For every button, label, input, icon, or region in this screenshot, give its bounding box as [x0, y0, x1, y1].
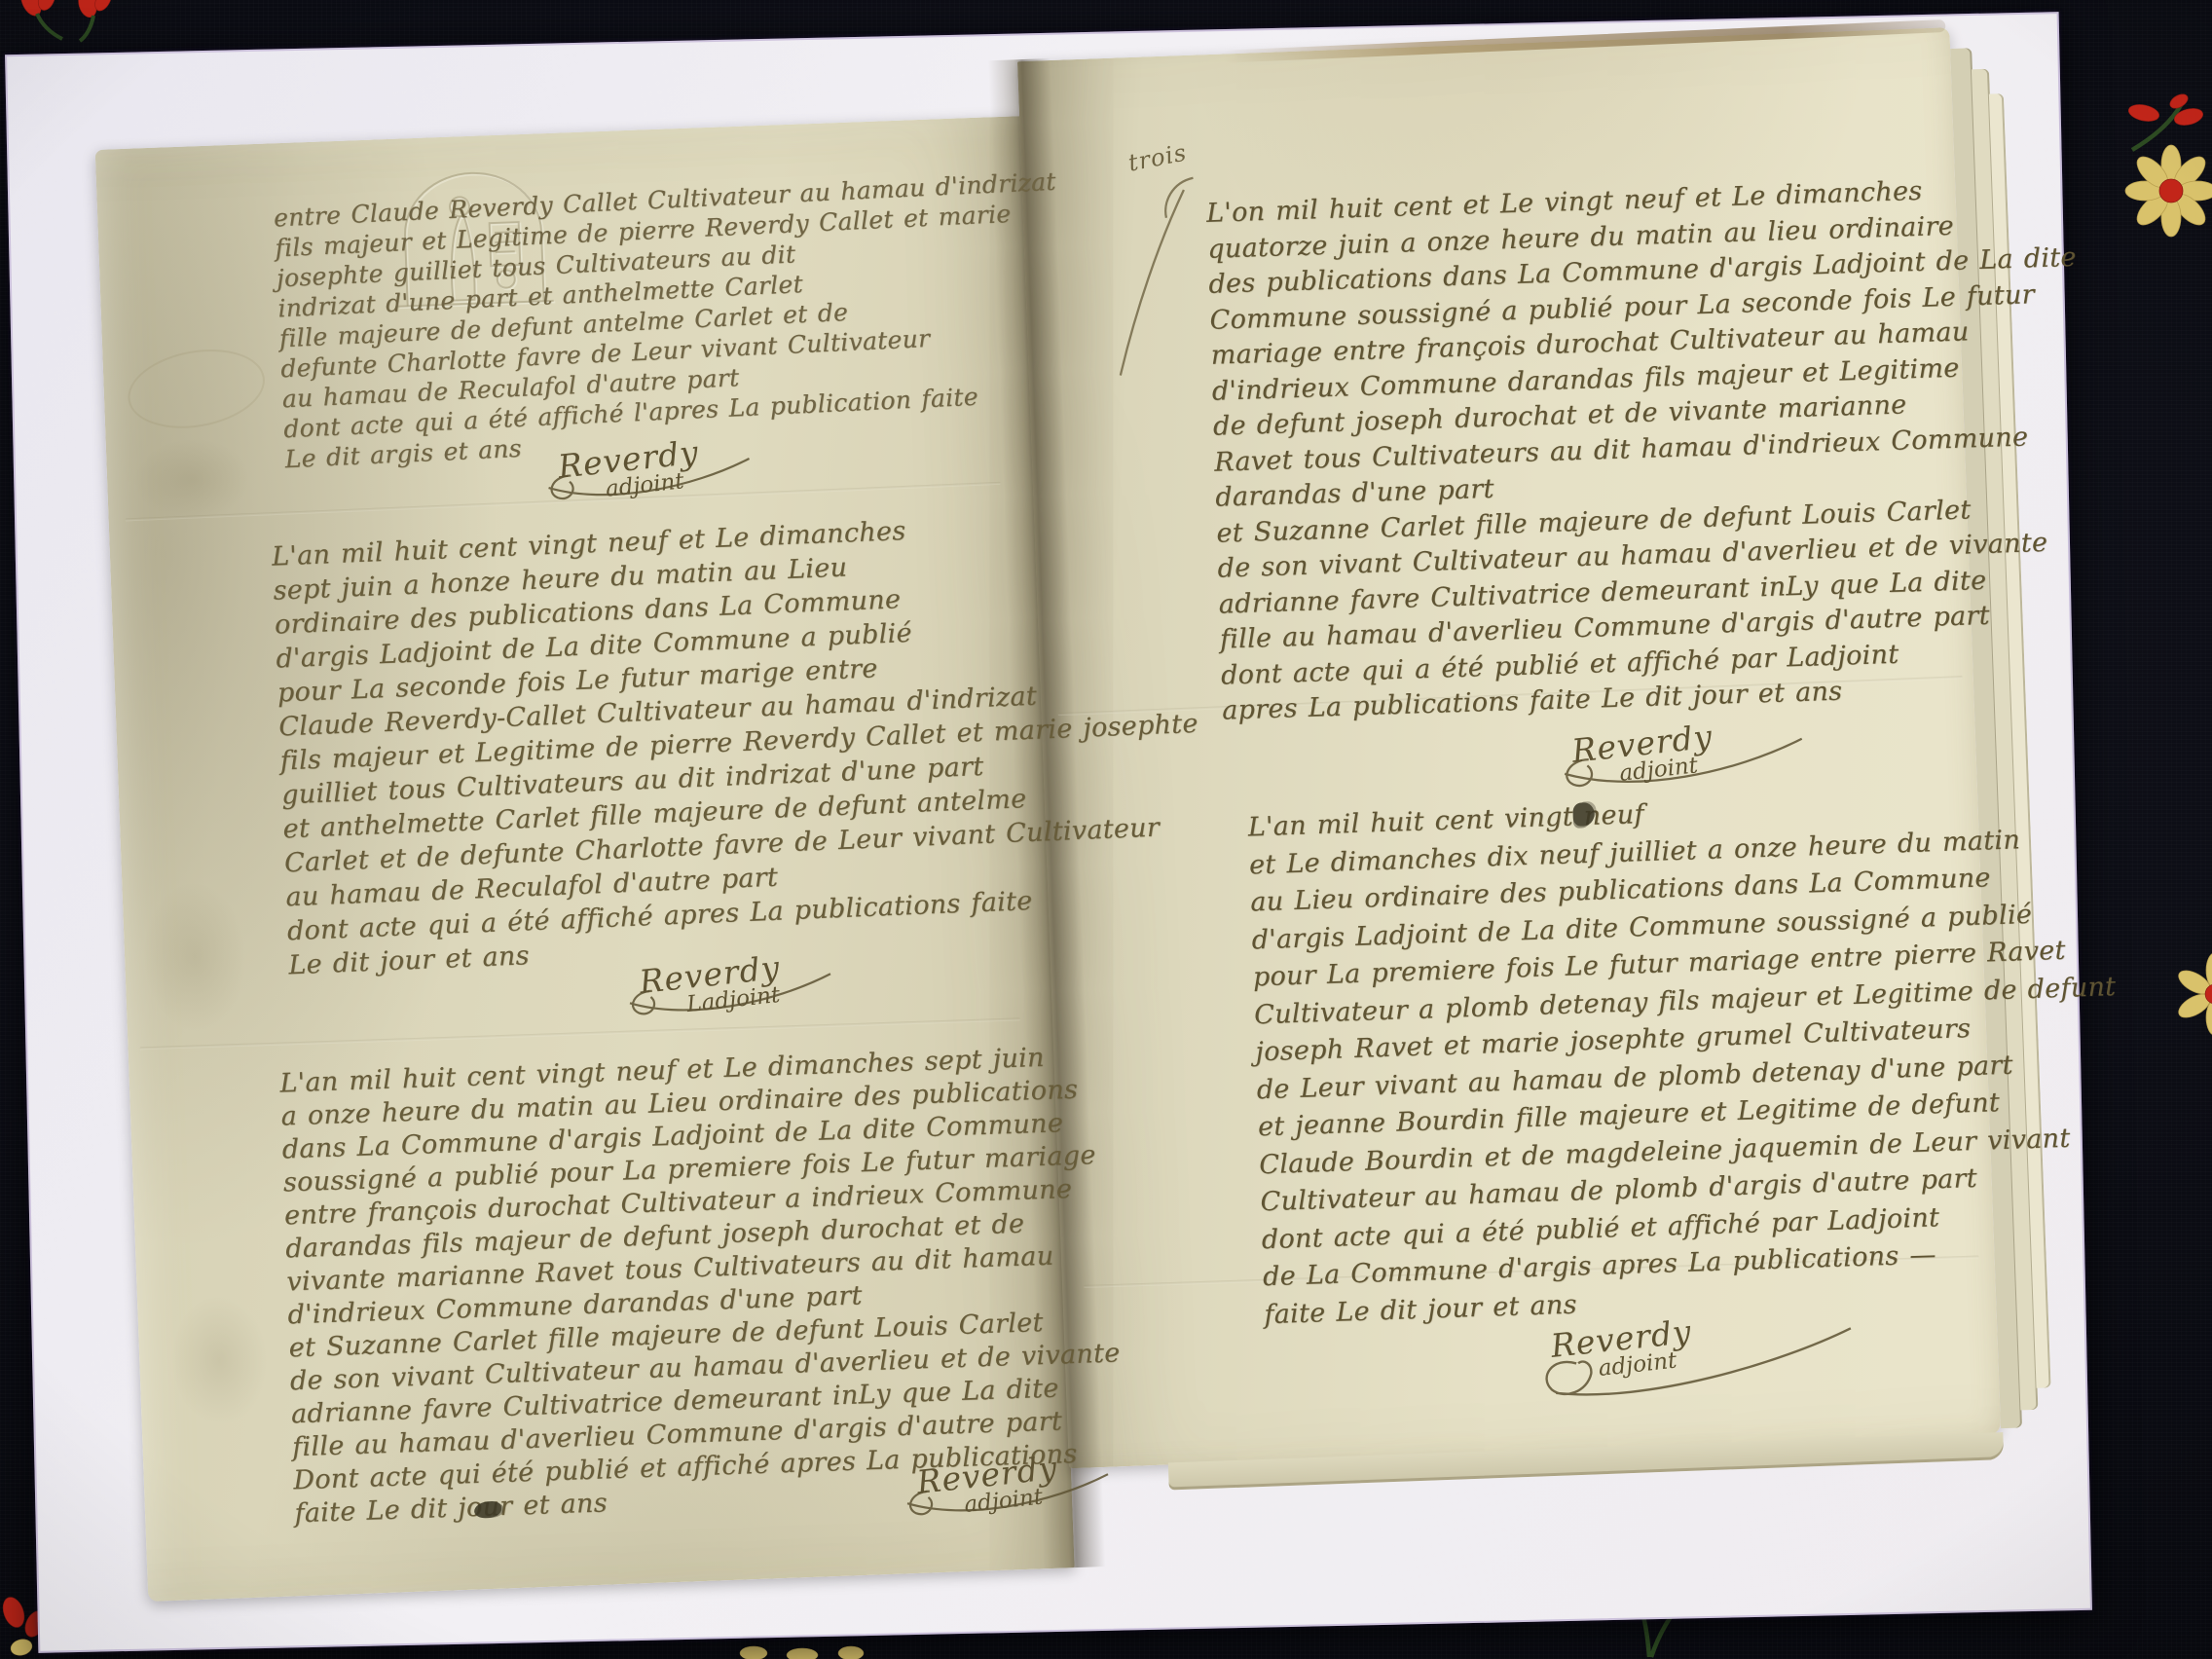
right-page-paragraph-1: L'on mil huit cent et Le vingt neuf et L…	[1206, 169, 2090, 729]
embroidered-border-motif-icon	[724, 1640, 880, 1659]
left-page-paragraph-1: entre Claude Reverdy Callet Cultivateur …	[273, 166, 1068, 475]
photo-scene: entre Claude Reverdy Callet Cultivateur …	[0, 0, 2212, 1659]
embroidered-red-flower-icon	[4, 0, 121, 45]
paraph-flourish-icon	[1103, 169, 1218, 387]
right-page-paragraph-2: L'an mil huit cent vingt neuf et Le dima…	[1247, 781, 2126, 1334]
embroidered-daisy-icon	[2171, 950, 2212, 1038]
embroidered-daisy-icon	[2122, 142, 2212, 240]
open-register-book: entre Claude Reverdy Callet Cultivateur …	[65, 4, 2062, 1607]
left-page-paragraph-2: L'an mil huit cent vingt neuf et Le dima…	[271, 502, 1206, 982]
